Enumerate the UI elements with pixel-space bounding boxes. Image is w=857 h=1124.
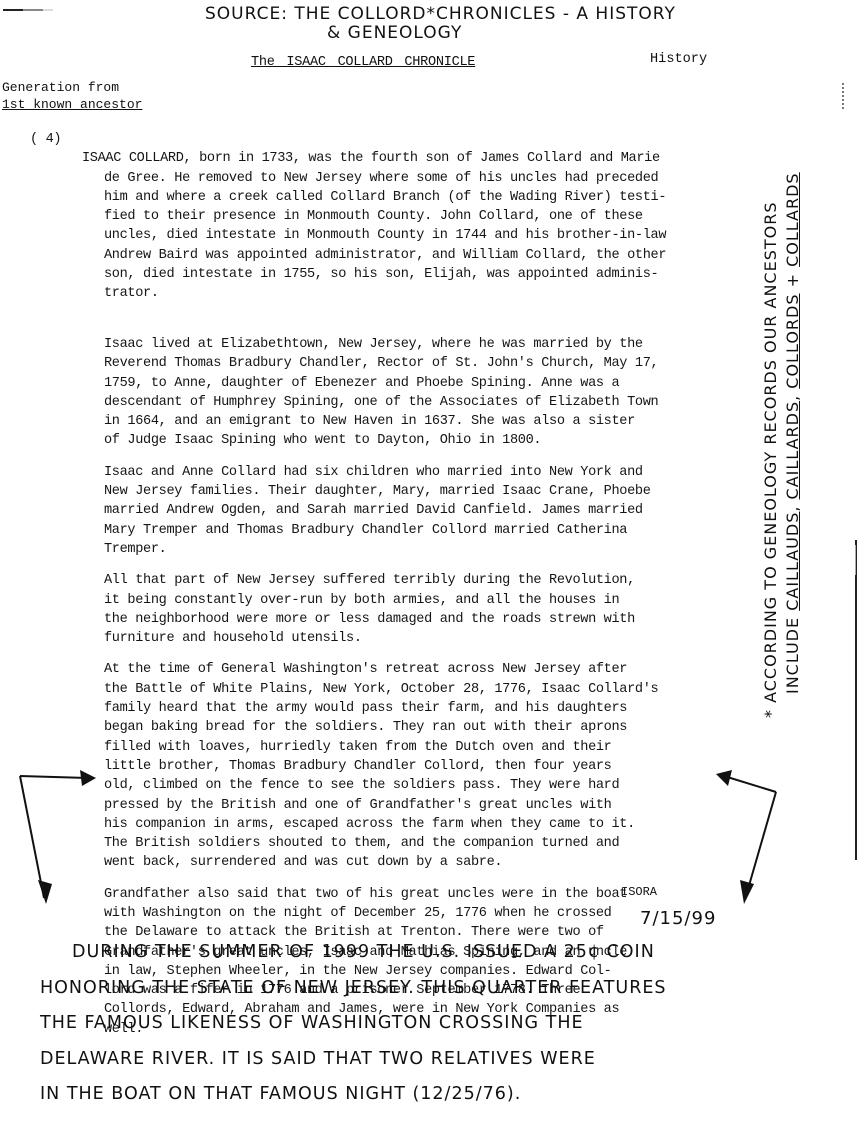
right-down-arrowhead-icon [740,880,754,904]
left-bracket-arrow-icon [20,776,88,898]
right-arrowhead-icon [716,770,732,786]
right-bracket-arrow-icon [724,776,776,896]
left-down-arrowhead-icon [38,880,52,904]
bracket-arrows [0,0,857,1124]
left-arrowhead-icon [80,770,96,786]
